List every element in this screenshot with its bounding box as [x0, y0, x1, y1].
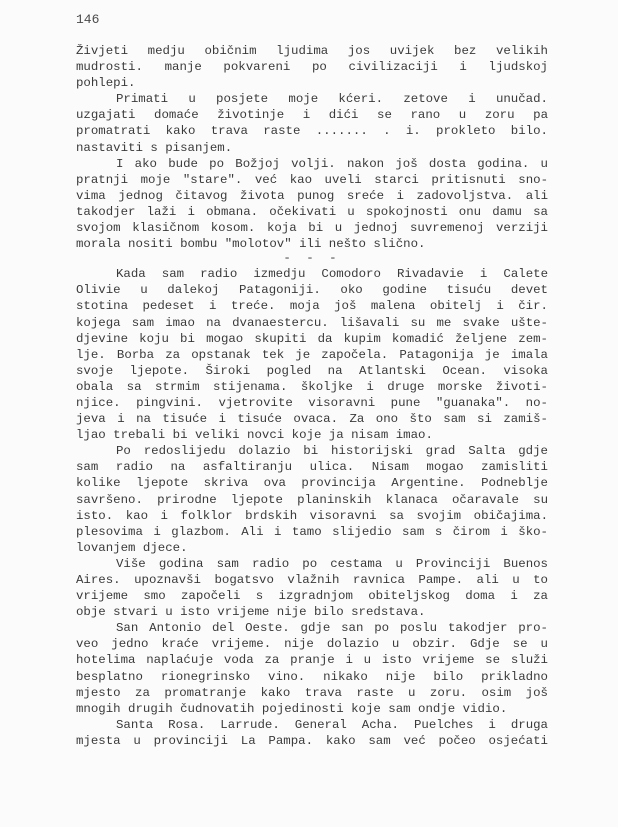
text-line: vrijeme smo započeli s izgradnjom obitel…: [76, 588, 548, 604]
text-line: besplatno rionegrinsko vino. nikako nije…: [76, 669, 548, 685]
text-line: mjesta u provinciji La Pampa. kako sam v…: [76, 733, 548, 749]
text-line: San Antonio del Oeste. gdje san po poslu…: [76, 620, 548, 636]
text-line: pratnji moje "stare". već kao uveli star…: [76, 172, 548, 188]
text-line: kolike ljepote skriva ova provincija Arg…: [76, 475, 548, 491]
text-line: obje stvari u isto vrijeme nije bilo sre…: [76, 604, 548, 620]
text-line: obala sa strmim stijenama. školjke i dru…: [76, 379, 548, 395]
section-separator: - - -: [76, 252, 548, 266]
text-line: hotelima naplaćuje voda za pranje i u is…: [76, 652, 548, 668]
text-line: mudrosti. manje pokvareni po civilizacij…: [76, 59, 548, 75]
text-line: nastaviti s pisanjem.: [76, 140, 548, 156]
text-line: Po redoslijedu dolazio bi historijski gr…: [76, 443, 548, 459]
text-line: Aires. upoznavši bogatsvo vlažnih ravnic…: [76, 572, 548, 588]
text-line: djevine koju bi mogao skupiti da kupim k…: [76, 331, 548, 347]
text-line: savršeno. prirodne ljepote planinskih kl…: [76, 492, 548, 508]
text-line: kojega sam imao na dvanaestercu. lišaval…: [76, 315, 548, 331]
text-line: veo jedno kraće vrijeme. nije dolazio u …: [76, 636, 548, 652]
text-line: lovanjem djece.: [76, 540, 548, 556]
text-line: I ako bude po Božjoj volji. nakon još do…: [76, 156, 548, 172]
text-line: takodjer laži i obmana. očekivati u spok…: [76, 204, 548, 220]
text-line: svoje ljepote. Široki pogled na Atlantsk…: [76, 363, 548, 379]
text-line: sam radio na asfaltiranju ulica. Nisam m…: [76, 459, 548, 475]
text-line: mnogih drugih čudnovatih pojedinosti koj…: [76, 701, 548, 717]
text-line: plesovima i glazbom. Ali i tamo slijedio…: [76, 524, 548, 540]
text-line: Santa Rosa. Larrude. General Acha. Puelc…: [76, 717, 548, 733]
body-text: Živjeti medju običnim ljudima jos uvijek…: [76, 43, 548, 749]
text-line: Olivie u dalekoj Patagoniji. oko godine …: [76, 282, 548, 298]
text-line: svojom klasičnom kosom. koja bi u jednoj…: [76, 220, 548, 236]
text-line: morala nositi bombu "molotov" ili nešto …: [76, 236, 548, 252]
text-line: promatrati kako trava raste ....... . i.…: [76, 123, 548, 139]
text-line: pohlepi.: [76, 75, 548, 91]
text-line: lje. Borba za opstanak tek je započela. …: [76, 347, 548, 363]
text-line: mjesto za promatranje kako trava raste u…: [76, 685, 548, 701]
text-line: uzgajati domaće životinje i dići se rano…: [76, 107, 548, 123]
text-line: Primati u posjete moje kćeri. zetove i u…: [76, 91, 548, 107]
text-line: stotina pedeset i treće. moja još malena…: [76, 298, 548, 314]
page-number: 146: [76, 12, 99, 27]
text-line: njice. pingvini. vjetrovite visoravni pu…: [76, 395, 548, 411]
text-line: Živjeti medju običnim ljudima jos uvijek…: [76, 43, 548, 59]
text-line: ljao trebali bi veliki novci koje ja nis…: [76, 427, 548, 443]
document-page: 146 Živjeti medju običnim ljudima jos uv…: [0, 0, 618, 827]
text-line: isto. kao i folklor brdskih visoravni sa…: [76, 508, 548, 524]
text-line: jeva i na tisuće i tisuće ovaca. Za ono …: [76, 411, 548, 427]
text-line: vima jednog čitavog života punog sreće i…: [76, 188, 548, 204]
text-line: Više godina sam radio po cestama u Provi…: [76, 556, 548, 572]
text-line: Kada sam radio izmedju Comodoro Rivadavi…: [76, 266, 548, 282]
